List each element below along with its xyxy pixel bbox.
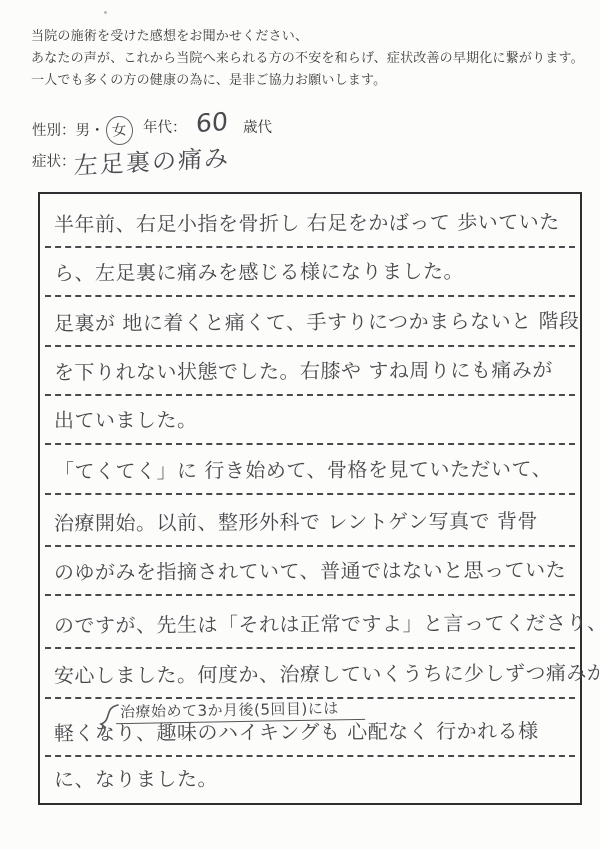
symptom-label: 症状：	[32, 150, 76, 171]
handwritten-line: 安心しました。何度か、治療していくうちに少しずつ痛みが	[54, 653, 600, 696]
ruled-line	[45, 594, 575, 596]
gender-label: 性別：	[32, 123, 76, 139]
gender-separator: ・	[90, 123, 105, 139]
feedback-comment-box: 半年前、右足小指を骨折し 右足をかばって 歩いていた ら、左足裏に痛みを感じる様…	[38, 192, 582, 805]
handwritten-line: 出ていました。	[54, 400, 198, 441]
intro-line-1: 当院の施術を受けた感想をお聞かせください、	[31, 26, 589, 48]
handwritten-line: ら、左足裏に痛みを感じる様になりました。	[54, 251, 464, 293]
age-label: 年代：	[143, 116, 187, 137]
gender-option-male: 男	[76, 123, 91, 139]
handwritten-line: を下りれない状態でした。右膝や すね周りにも痛みが	[54, 350, 553, 393]
handwritten-line: のゆがみを指摘されていて、普通ではないと思っていた	[54, 550, 566, 593]
gender-option-female-circled: 女	[104, 115, 133, 147]
age-suffix: 歳代	[243, 116, 272, 137]
ruled-line	[45, 443, 575, 445]
ruled-line	[45, 295, 575, 297]
intro-line-3: 一人でも多くの方の健康の為に、是非ご協力お願いします。	[31, 70, 589, 92]
handwritten-line: 足裏が 地に着くと痛くて、手すりにつかまらないと 階段	[54, 301, 580, 344]
handwritten-line: 「てくてく」に 行き始めて、骨格を見ていただいて、	[54, 449, 552, 492]
symptom-value-handwritten: 左足裏の痛み	[74, 138, 231, 181]
scanned-feedback-form: 当院の施術を受けた感想をお聞かせください、 あなたの声が、これから当院へ来られる…	[0, 0, 600, 849]
scan-speck	[104, 11, 107, 14]
ruled-line	[45, 493, 575, 495]
intro-line-2: あなたの声が、これから当院へ来られる方の不安を和らげ、症状改善の早期化に繋がりま…	[31, 48, 589, 70]
ruled-line	[45, 394, 575, 396]
intro-paragraph: 当院の施術を受けた感想をお聞かせください、 あなたの声が、これから当院へ来られる…	[31, 26, 589, 92]
handwritten-line: 半年前、右足小指を骨折し 右足をかばって 歩いていた	[54, 202, 560, 245]
age-value-handwritten: 60	[195, 107, 228, 138]
ruled-line	[45, 647, 575, 649]
insertion-note-handwritten: 治療始めて3か月後(5回目)には	[116, 697, 365, 724]
gender-field: 性別：男・女	[32, 116, 132, 145]
ruled-line	[45, 345, 575, 347]
handwritten-line: のですが、先生は「それは正常ですよ」と言ってくださり、	[54, 603, 600, 646]
ruled-line	[45, 246, 575, 248]
handwritten-line: 治療開始。以前、整形外科で レントゲン写真で 背骨	[54, 501, 538, 544]
ruled-line	[45, 755, 575, 757]
handwritten-line: に、なりました。	[54, 759, 218, 800]
ruled-line	[45, 545, 575, 547]
